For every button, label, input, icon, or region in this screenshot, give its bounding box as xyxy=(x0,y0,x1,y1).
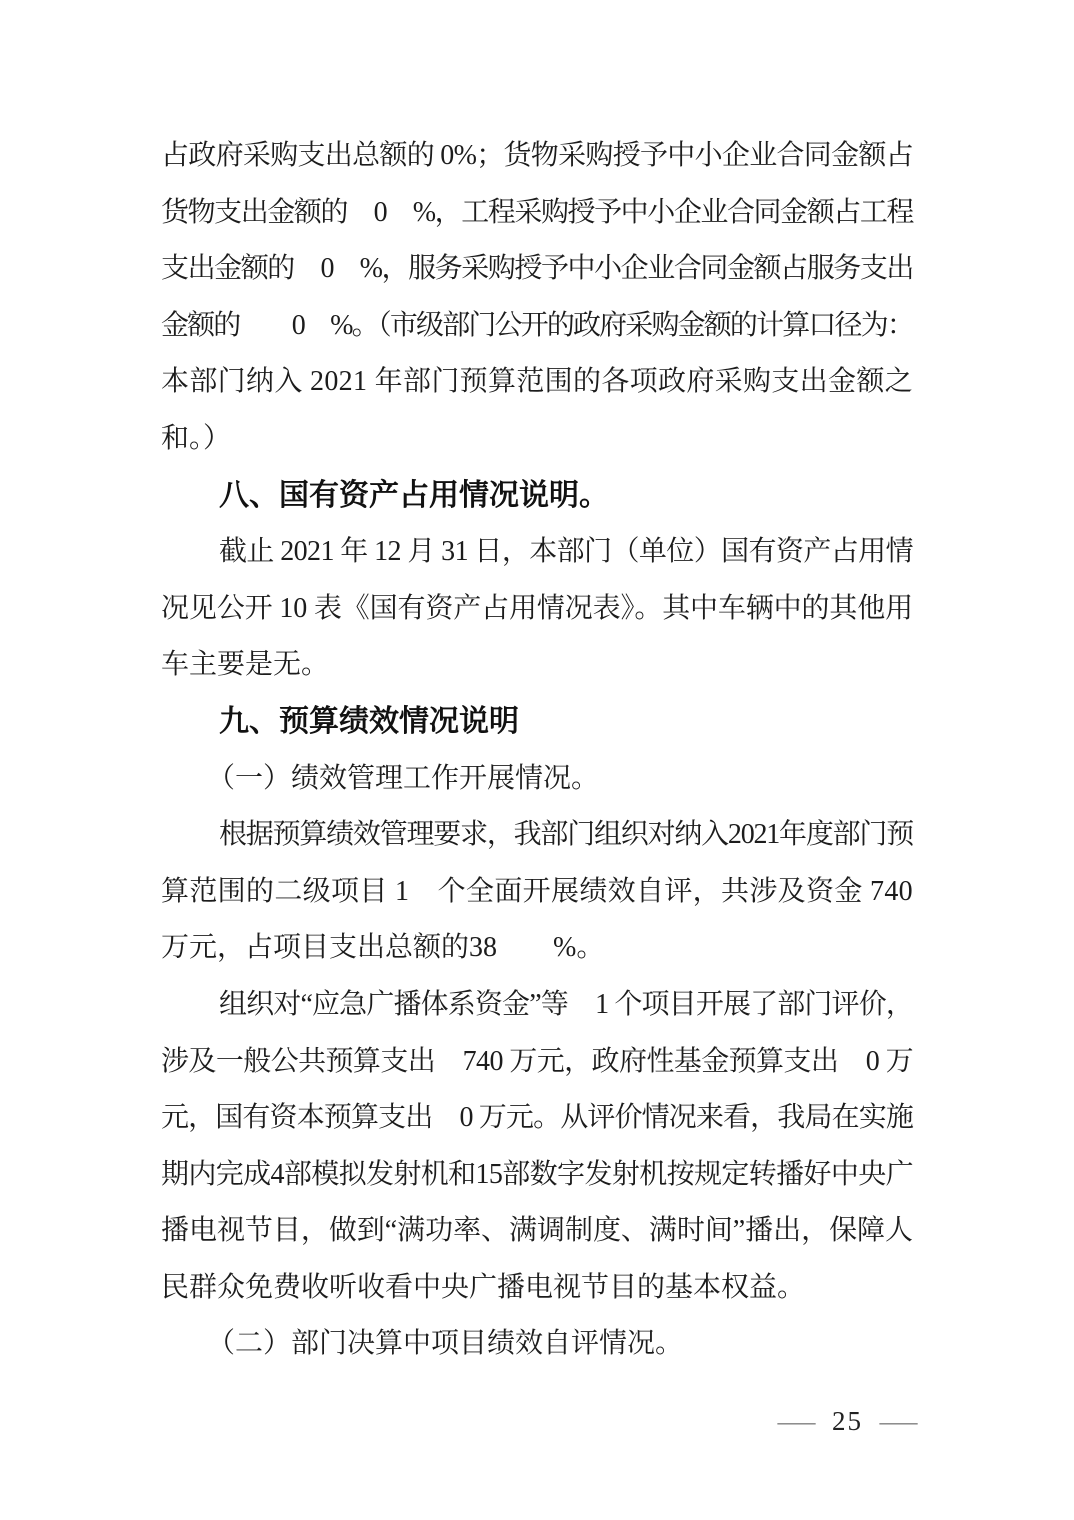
doc-line-text: 元，国有资本预算支出 0 万元。从评价情况来看，我局在实施 xyxy=(161,1102,913,1133)
doc-line-text: 民群众免费收听收看中央广播电视节目的基本权益。 xyxy=(161,1272,805,1303)
section-heading-8: 八、国有资产占用情况说明。 xyxy=(161,468,913,525)
doc-line-text: （一）绩效管理工作开展情况。 xyxy=(207,763,599,794)
doc-line: 截止 2021 年 12 月 31 日，本部门（单位）国有资产占用情 xyxy=(161,524,913,581)
section-heading-text: 九、预算绩效情况说明 xyxy=(219,705,519,738)
doc-line: 期内完成4部模拟发射机和15部数字发射机按规定转播好中央广 xyxy=(161,1147,913,1204)
doc-line: （二）部门决算中项目绩效自评情况。 xyxy=(161,1316,913,1373)
page-dash-right-icon: — xyxy=(880,1406,918,1437)
document-page: 占政府采购支出总额的 0%；货物采购授予中小企业合同金额占 货物支出金额的 0 … xyxy=(0,0,1074,1520)
doc-line-text: 涉及一般公共预算支出 740 万元，政府性基金预算支出 0 万 xyxy=(161,1046,913,1077)
doc-line-text: 算范围的二级项目 1 个全面开展绩效自评，共涉及资金 740 xyxy=(161,876,913,907)
doc-line-text: 金额的 0 %。（市级部门公开的政府采购金额的计算口径为： xyxy=(161,310,913,341)
page-number: 25 xyxy=(832,1406,863,1437)
doc-line: 车主要是无。 xyxy=(161,637,913,694)
doc-line-text: 根据预算绩效管理要求，我部门组织对纳入2021年度部门预 xyxy=(219,819,913,850)
doc-line: 算范围的二级项目 1 个全面开展绩效自评，共涉及资金 740 xyxy=(161,864,913,921)
document-body: 占政府采购支出总额的 0%；货物采购授予中小企业合同金额占 货物支出金额的 0 … xyxy=(161,128,913,1373)
doc-line: 和。） xyxy=(161,411,913,468)
doc-line: 货物支出金额的 0 %，工程采购授予中小企业合同金额占工程 xyxy=(161,185,913,242)
doc-line: 况见公开 10 表《国有资产占用情况表》。其中车辆中的其他用 xyxy=(161,581,913,638)
page-dash-left-icon: — xyxy=(778,1406,816,1437)
doc-line: 占政府采购支出总额的 0%；货物采购授予中小企业合同金额占 xyxy=(161,128,913,185)
doc-line: （一）绩效管理工作开展情况。 xyxy=(161,751,913,808)
doc-line: 组织对“应急广播体系资金”等 1 个项目开展了部门评价， xyxy=(161,977,913,1034)
doc-line-text: 截止 2021 年 12 月 31 日，本部门（单位）国有资产占用情 xyxy=(219,536,913,567)
doc-line-text: 播电视节目，做到“满功率、满调制度、满时间”播出，保障人 xyxy=(161,1215,913,1246)
doc-line-text: 车主要是无。 xyxy=(161,649,329,680)
doc-line-text: 本部门纳入 2021 年部门预算范围的各项政府采购支出金额之 xyxy=(161,366,913,397)
doc-line-text: 占政府采购支出总额的 0%；货物采购授予中小企业合同金额占 xyxy=(161,140,913,171)
doc-line-text: 万元，占项目支出总额的38 %。 xyxy=(161,932,604,963)
doc-line: 万元，占项目支出总额的38 %。 xyxy=(161,920,913,977)
doc-line-text: 况见公开 10 表《国有资产占用情况表》。其中车辆中的其他用 xyxy=(161,593,913,624)
doc-line: 本部门纳入 2021 年部门预算范围的各项政府采购支出金额之 xyxy=(161,354,913,411)
section-heading-9: 九、预算绩效情况说明 xyxy=(161,694,913,751)
doc-line-text: 组织对“应急广播体系资金”等 1 个项目开展了部门评价， xyxy=(219,989,913,1020)
doc-line: 播电视节目，做到“满功率、满调制度、满时间”播出，保障人 xyxy=(161,1203,913,1260)
doc-line: 民群众免费收听收看中央广播电视节目的基本权益。 xyxy=(161,1260,913,1317)
doc-line-text: （二）部门决算中项目绩效自评情况。 xyxy=(207,1328,683,1359)
doc-line: 涉及一般公共预算支出 740 万元，政府性基金预算支出 0 万 xyxy=(161,1034,913,1091)
doc-line-text: 和。） xyxy=(161,423,231,454)
doc-line: 根据预算绩效管理要求，我部门组织对纳入2021年度部门预 xyxy=(161,807,913,864)
section-heading-text: 八、国有资产占用情况说明。 xyxy=(219,479,609,512)
doc-line: 支出金额的 0 %，服务采购授予中小企业合同金额占服务支出 xyxy=(161,241,913,298)
doc-line: 元，国有资本预算支出 0 万元。从评价情况来看，我局在实施 xyxy=(161,1090,913,1147)
doc-line-text: 货物支出金额的 0 %，工程采购授予中小企业合同金额占工程 xyxy=(161,197,913,228)
doc-line-text: 期内完成4部模拟发射机和15部数字发射机按规定转播好中央广 xyxy=(161,1159,913,1190)
doc-line: 金额的 0 %。（市级部门公开的政府采购金额的计算口径为： xyxy=(161,298,913,355)
doc-line-text: 支出金额的 0 %，服务采购授予中小企业合同金额占服务支出 xyxy=(161,253,913,284)
page-footer: — 25 — xyxy=(783,1406,912,1437)
